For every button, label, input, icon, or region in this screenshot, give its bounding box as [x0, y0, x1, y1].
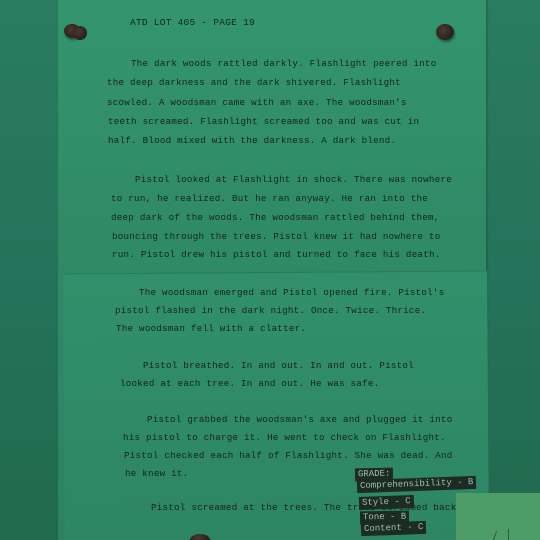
sticky-note [456, 493, 540, 540]
text-line: pistol flashed in the dark night. Once. … [115, 306, 426, 315]
text-line: Pistol grabbed the woodsman's axe and pl… [147, 415, 452, 424]
text-line: half. Blood mixed with the darkness. A d… [108, 136, 396, 145]
text-line: looked at each tree. In and out. He was … [120, 379, 379, 388]
grade-style-label: Style - C [359, 495, 414, 510]
text-line: bouncing through the trees. Pistol knew … [112, 232, 441, 241]
grade-content-label: Content - C [361, 521, 427, 536]
thumbtack-icon [190, 534, 210, 540]
text-line: Pistol screamed at the trees. The trees … [151, 503, 462, 512]
text-line: the deep darkness and the dark shivered.… [107, 78, 401, 87]
text-line: Pistol breathed. In and out. In and out.… [143, 361, 414, 370]
text-line: scowled. A woodsman came with an axe. Th… [107, 98, 407, 107]
text-line: The dark woods rattled darkly. Flashligh… [131, 59, 436, 68]
text-line: he knew it. [125, 469, 188, 478]
text-line: to run, he realized. But he ran anyway. … [111, 194, 428, 203]
text-line: teeth screamed. Flashlight screamed too … [108, 117, 419, 126]
text-line: his pistol to charge it. He went to chec… [123, 433, 446, 442]
thumbtack-icon [64, 24, 80, 38]
text-line: deep dark of the woods. The woodsman rat… [111, 213, 440, 222]
thumbtack-icon [436, 24, 454, 40]
text-line: The woodsman fell with a clatter. [116, 324, 306, 333]
page-header: ATD LOT 405 - PAGE 19 [130, 18, 255, 28]
text-line: Pistol looked at Flashlight in shock. Th… [135, 175, 452, 184]
pen-mark [492, 531, 497, 540]
text-line: Pistol checked each half of Flashlight. … [124, 451, 453, 460]
pen-mark [508, 529, 509, 540]
text-line: The woodsman emerged and Pistol opened f… [139, 288, 444, 297]
text-line: run. Pistol drew his pistol and turned t… [112, 250, 441, 259]
